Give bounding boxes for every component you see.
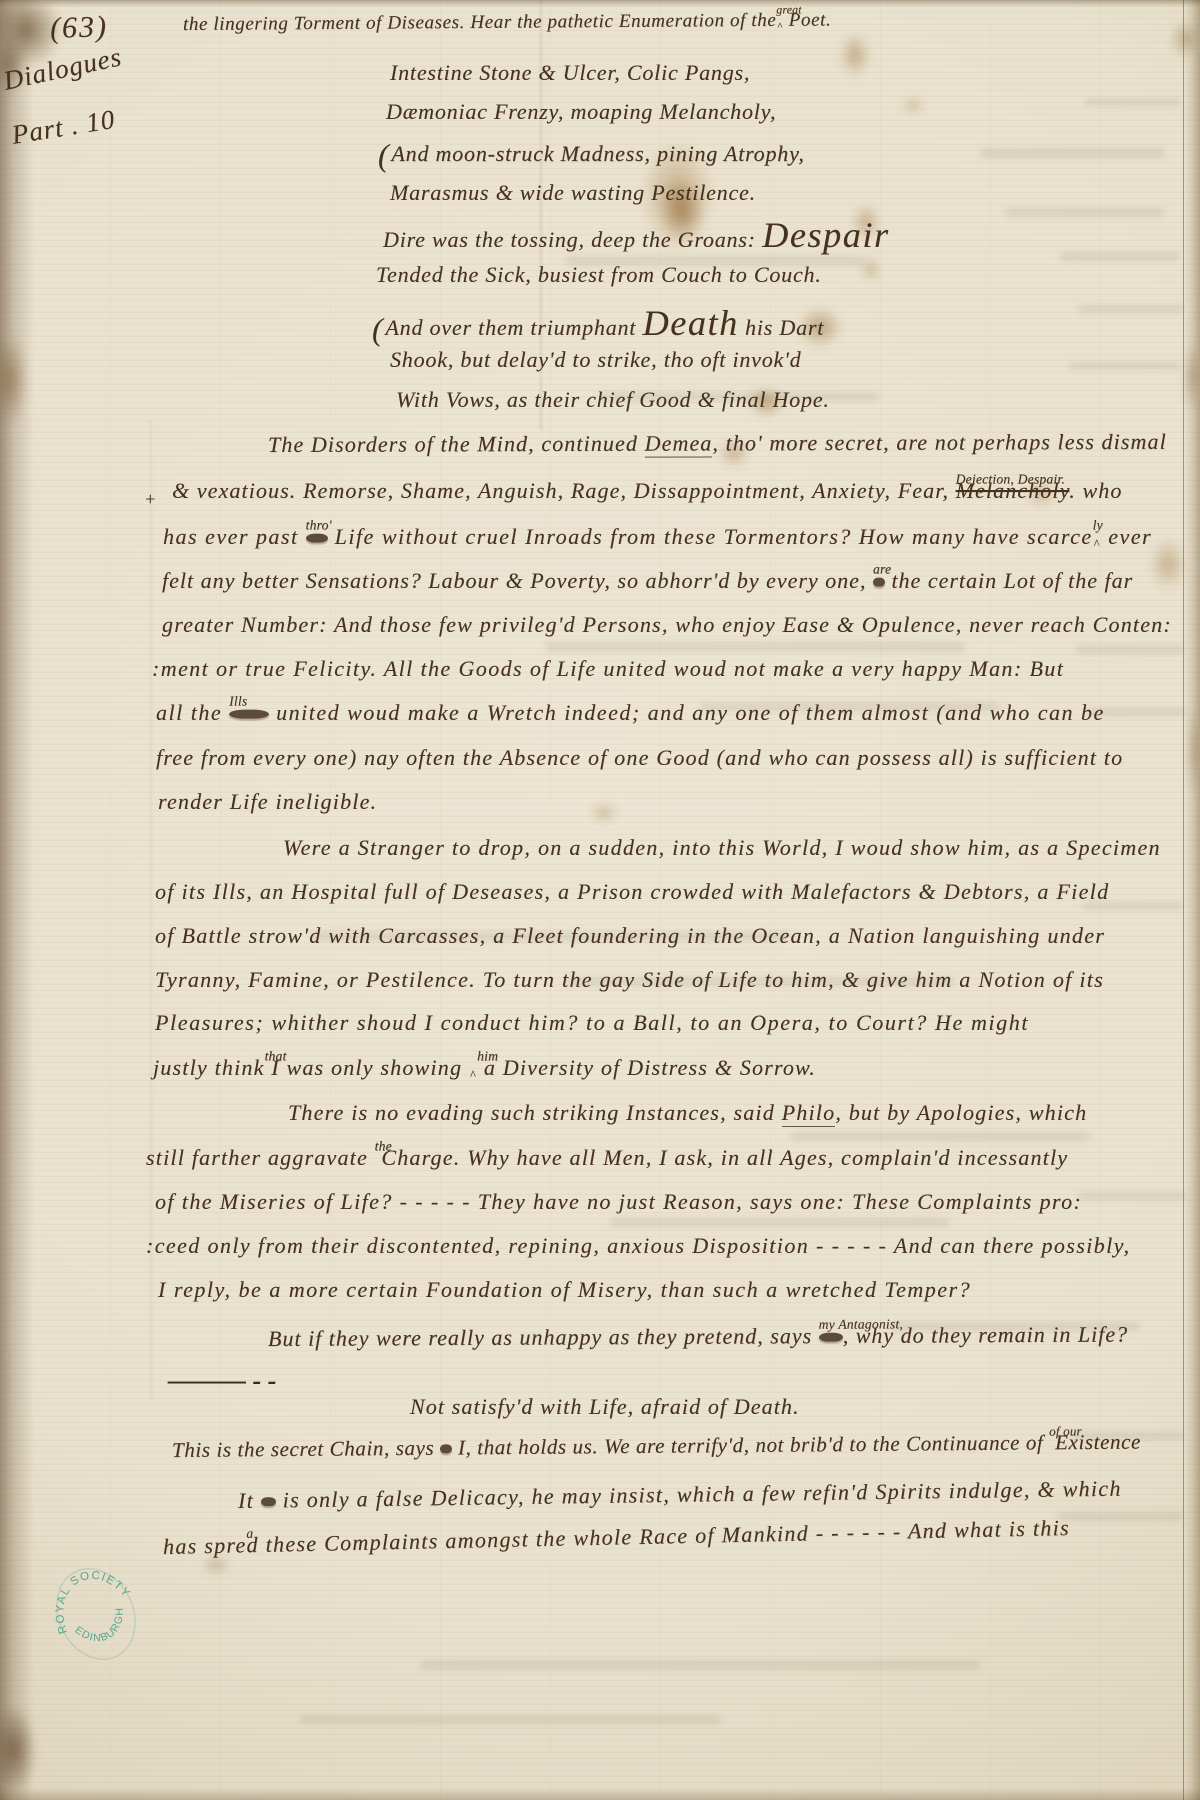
segment-text: of Battle strow'd with Carcasses, a Flee… <box>155 923 1105 948</box>
segment-text: felt any better Sensations? Labour & Pov… <box>162 568 873 593</box>
manuscript-line: But if they were really as unhappy as th… <box>268 1321 1128 1352</box>
poem-line: Intestine Stone & Ulcer, Colic Pangs, <box>390 60 750 86</box>
manuscript-line: of its Ills, an Hospital full of Desease… <box>155 879 1109 905</box>
segment-text: Pleasures; whither shoud I conduct him? … <box>155 1010 1029 1035</box>
segment-text: & vexatious. Remorse, Shame, Anguish, Ra… <box>172 478 956 503</box>
poem-line: (And over them triumphant Death his Dart <box>372 302 824 348</box>
segment-text: has spre <box>163 1532 247 1559</box>
segment-flour: ( <box>372 312 383 347</box>
segment-text: Marasmus & wide wasting Pestilence. <box>390 180 756 205</box>
manuscript-line: render Life ineligible. <box>158 789 377 815</box>
manuscript-line: Were a Stranger to drop, on a sudden, in… <box>283 835 1161 861</box>
segment-text: It <box>238 1488 261 1513</box>
segment-u: Philo <box>782 1100 836 1127</box>
segment-dash: ——— - - <box>168 1366 276 1395</box>
margin-work-title: Dialogues <box>1 41 125 96</box>
segment-text: Life without cruel Inroads from these To… <box>328 524 1093 549</box>
manuscript-line: has spread these Complaints amongst the … <box>163 1515 1070 1560</box>
segment-text: all the <box>156 700 229 725</box>
margin-part-label: Part . 10 <box>10 104 118 151</box>
manuscript-line: There is no evading such striking Instan… <box>288 1100 1087 1126</box>
segment-text: d these Complaints amongst the whole Rac… <box>246 1515 1070 1557</box>
segment-flour: ( <box>378 138 389 173</box>
header-line: the lingering Torment of Diseases. Hear … <box>183 9 831 36</box>
manuscript-line: of Battle strow'd with Carcasses, a Flee… <box>155 923 1105 949</box>
segment-big: Despair <box>762 215 889 255</box>
manuscript-line: free from every one) nay often the Absen… <box>156 745 1123 771</box>
manuscript-line: :ceed only from their discontented, repi… <box>146 1233 1130 1259</box>
segment-text: is only a false Delicacy, he may insist,… <box>276 1476 1122 1513</box>
manuscript-line: Pleasures; whither shoud I conduct him? … <box>155 1010 1029 1036</box>
segment-text: :ment or true Felicity. All the Goods of… <box>152 656 1064 681</box>
segment-text: render Life ineligible. <box>158 789 377 814</box>
segment-text: the certain Lot of the far <box>885 568 1133 593</box>
segment-text: ever <box>1101 524 1152 549</box>
segment-text: With Vows, as their chief Good & final H… <box>396 387 830 412</box>
manuscript-line: Tyranny, Famine, or Pestilence. To turn … <box>155 967 1104 993</box>
separator-dashes: ——— - - <box>168 1366 276 1396</box>
manuscript-line: I reply, be a more certain Foundation of… <box>158 1277 971 1303</box>
segment-big: Death <box>643 303 739 343</box>
segment-text: , but by Apologies, which <box>835 1100 1087 1125</box>
margin-insert-mark: + <box>144 489 156 510</box>
segment-text: And moon-struck Madness, pining Atrophy, <box>391 141 804 166</box>
segment-u: Demea <box>645 430 713 457</box>
segment-text: the lingering Torment of Diseases. Hear … <box>183 10 777 35</box>
segment-text: But if they were really as unhappy as th… <box>268 1323 819 1351</box>
manuscript-line: felt any better Sensations? Labour & Pov… <box>162 568 1133 594</box>
segment-text: I was only showing <box>265 1055 469 1080</box>
segment-caret: ^ <box>1094 537 1101 552</box>
segment-text: And over them triumphant <box>385 315 642 340</box>
manuscript-line: & vexatious. Remorse, Shame, Anguish, Ra… <box>172 478 1122 504</box>
segment-text: Dialogues <box>1 41 125 95</box>
segment-text: Dæmoniac Frenzy, moaping Melancholy, <box>386 99 776 124</box>
segment-text: of its Ills, an Hospital full of Desease… <box>155 879 1109 904</box>
manuscript-line: The Disorders of the Mind, continued Dem… <box>268 429 1167 458</box>
segment-text: + <box>144 489 156 509</box>
segment-blot <box>261 1497 276 1506</box>
segment-blot <box>229 709 269 718</box>
segment-text: his Dart <box>739 315 824 340</box>
poem-line: Dire was the tossing, deep the Groans: D… <box>383 214 890 256</box>
segment-text: greater Number: And those few privileg'd… <box>162 612 1172 637</box>
manuscript-line: has ever past thro' Life without cruel I… <box>163 524 1152 550</box>
segment-text: The Disorders of the Mind, continued <box>268 431 645 457</box>
manuscript-page: (63)DialoguesPart . 10the lingering Torm… <box>0 0 1200 1800</box>
segment-text: This is the secret Chain, says <box>172 1436 440 1462</box>
page-number: (63) <box>49 10 108 46</box>
manuscript-line: Not satisfy'd with Life, afraid of Death… <box>410 1394 800 1420</box>
segment-text: Were a Stranger to drop, on a sudden, in… <box>283 835 1161 860</box>
segment-text: , tho' more secret, are not perhaps less… <box>712 429 1167 456</box>
segment-caret: ^ <box>470 1068 476 1083</box>
segment-text: . who <box>1069 478 1122 503</box>
segment-text: Intestine Stone & Ulcer, Colic Pangs, <box>390 60 750 85</box>
segment-text: a Diversity of Distress & Sorrow. <box>477 1055 816 1080</box>
segment-text: free from every one) nay often the Absen… <box>156 745 1123 770</box>
segment-blot <box>440 1444 452 1453</box>
segment-text: of the Miseries of Life? - - - - - They … <box>155 1189 1082 1214</box>
segment-text: Shook, but delay'd to strike, tho oft in… <box>390 347 801 372</box>
poem-line: Marasmus & wide wasting Pestilence. <box>390 180 756 206</box>
segment-blot <box>819 1332 843 1341</box>
segment-text: Charge. Why have all Men, I ask, in all … <box>375 1145 1069 1170</box>
segment-text: Part . 10 <box>10 104 118 150</box>
segment-text: I, that holds us. We are terrify'd, not … <box>452 1430 1049 1459</box>
poem-line: Tended the Sick, busiest from Couch to C… <box>376 262 822 288</box>
manuscript-line: It is only a false Delicacy, he may insi… <box>238 1476 1122 1514</box>
segment-blot <box>873 577 885 586</box>
segment-text: Tended the Sick, busiest from Couch to C… <box>376 262 822 287</box>
poem-line: With Vows, as their chief Good & final H… <box>396 387 830 413</box>
manuscript-lines: (63)DialoguesPart . 10the lingering Torm… <box>0 0 1200 1800</box>
manuscript-line: greater Number: And those few privileg'd… <box>162 612 1172 638</box>
manuscript-line: This is the secret Chain, says I, that h… <box>172 1430 1141 1463</box>
manuscript-line: all the Ills united woud make a Wretch i… <box>156 700 1105 726</box>
manuscript-line: of the Miseries of Life? - - - - - They … <box>155 1189 1082 1215</box>
segment-text: still farther aggravate <box>146 1145 375 1170</box>
segment-blot <box>306 533 328 542</box>
segment-text: (63) <box>49 10 108 45</box>
segment-text: united woud make a Wretch indeed; and an… <box>269 700 1105 725</box>
manuscript-line: still farther aggravate the Charge. Why … <box>146 1145 1068 1171</box>
segment-text: I reply, be a more certain Foundation of… <box>158 1277 971 1302</box>
segment-text: justly think <box>153 1055 265 1080</box>
segment-text: Dire was the tossing, deep the Groans: <box>383 227 762 252</box>
poem-line: Dæmoniac Frenzy, moaping Melancholy, <box>386 99 776 125</box>
segment-text: There is no evading such striking Instan… <box>288 1100 782 1125</box>
segment-text: Tyranny, Famine, or Pestilence. To turn … <box>155 967 1104 992</box>
segment-caret: ^ <box>777 21 782 32</box>
manuscript-line: justly thinkthat I was only showing ^him… <box>153 1055 816 1081</box>
poem-line: Shook, but delay'd to strike, tho oft in… <box>390 347 801 373</box>
segment-text: :ceed only from their discontented, repi… <box>146 1233 1130 1258</box>
manuscript-line: :ment or true Felicity. All the Goods of… <box>152 656 1064 682</box>
segment-text: Not satisfy'd with Life, afraid of Death… <box>410 1394 800 1419</box>
segment-text: has ever past <box>163 524 306 549</box>
poem-line: (And moon-struck Madness, pining Atrophy… <box>378 138 805 174</box>
